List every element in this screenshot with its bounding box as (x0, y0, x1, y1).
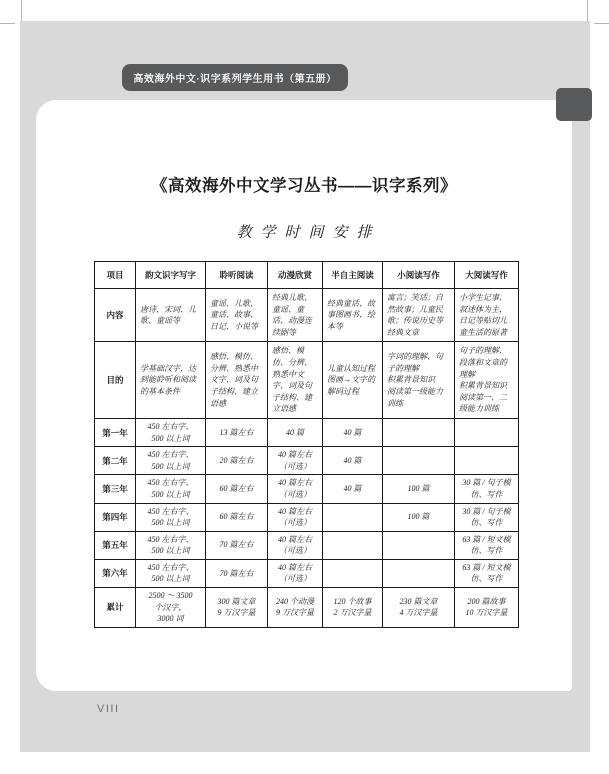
scanned-book-page: 高效海外中文·识字系列学生用书（第五册） 《高效海外中文学习丛书——识字系列》 … (0, 0, 609, 774)
table-row: 第六年450 左右字、 500 以上词70 篇左右40 篇左右 （可选）63 篇… (95, 559, 519, 587)
table-cell: 40 篇左右 （可选） (268, 503, 323, 531)
table-cell: 儿童认知过程图画→文字的解码过程 (323, 342, 383, 419)
table-cell: 学基础汉字，达到能聆听和阅读的基本条件 (136, 342, 206, 419)
table-cell: 40 篇左右 （可选） (268, 475, 323, 503)
table-cell (455, 447, 519, 475)
page-number: VIII (97, 703, 120, 715)
table-cell: 唐诗、宋词、儿歌、童谣等 (136, 289, 206, 342)
column-header: 半自主阅读 (323, 262, 383, 289)
table-cell (323, 531, 383, 559)
series-title: 《高效海外中文学习丛书——识字系列》 (36, 172, 572, 196)
table-row: 累计2500 ～ 3500 个汉字， 3000 词300 篇文章 9 万汉字量2… (95, 588, 519, 628)
table-cell: 60 篇左右 (206, 475, 268, 503)
table-cell: 小学生记事、叙述体为主，日记等贴切儿童生活的原著 (455, 289, 519, 342)
row-label: 内容 (95, 289, 136, 342)
table-row: 第二年450 左右字、 500 以上词20 篇左右40 篇左右 （可选）40 篇 (95, 447, 519, 475)
table-cell: 30 篇 / 句子模仿、写作 (455, 475, 519, 503)
page-title: 教学时间安排 (36, 221, 572, 242)
table-row: 第三年450 左右字、 500 以上词60 篇左右40 篇左右 （可选）40 篇… (95, 475, 519, 503)
column-header: 动漫欣赏 (268, 262, 323, 289)
table-cell: 100 篇 (383, 503, 455, 531)
table-cell: 200 篇故事 10 万汉字量 (455, 588, 519, 628)
table-cell: 70 篇左右 (206, 559, 268, 587)
table-row: 目的学基础汉字，达到能聆听和阅读的基本条件感悟、模仿、分辨、熟悉中文字、词及句子… (95, 342, 519, 419)
schedule-table-body: 项目韵文识字写字聆听阅读动漫欣赏半自主阅读小阅读写作大阅读写作内容唐诗、宋词、儿… (95, 262, 519, 628)
corner-tab (556, 88, 592, 121)
table-row: 第五年450 左右字、 500 以上词70 篇左右40 篇左右 （可选）63 篇… (95, 531, 519, 559)
table-row: 内容唐诗、宋词、儿歌、童谣等童谣、儿歌、童话、故事、日记、小说等经典儿歌、童谣、… (95, 289, 519, 342)
table-cell: 120 个故事 2 万汉字量 (323, 588, 383, 628)
table-cell: 40 篇 (323, 418, 383, 446)
table-cell: 63 篇 / 短文模仿、写作 (455, 559, 519, 587)
table-cell: 230 篇文章 4 万汉字量 (383, 588, 455, 628)
table-cell: 童谣、儿歌、童话、故事、日记、小说等 (206, 289, 268, 342)
table-cell: 经典童话、故事图画书、绘本等 (323, 289, 383, 342)
table-cell: 300 篇文章 9 万汉字量 (206, 588, 268, 628)
table-cell: 40 篇 (323, 475, 383, 503)
table-cell: 40 篇左右 （可选） (268, 531, 323, 559)
table-cell: 450 左右字、 500 以上词 (136, 531, 206, 559)
table-cell: 450 左右字、 500 以上词 (136, 503, 206, 531)
table-cell: 13 篇左右 (206, 418, 268, 446)
table-cell: 60 篇左右 (206, 503, 268, 531)
column-header: 小阅读写作 (383, 262, 455, 289)
row-label: 目的 (95, 342, 136, 419)
row-label: 第一年 (95, 418, 136, 446)
column-header: 大阅读写作 (455, 262, 519, 289)
table-row: 第四年450 左右字、 500 以上词60 篇左右40 篇左右 （可选）100 … (95, 503, 519, 531)
table-cell: 字词的理解、句子的理解 积累背景知识 阅读第一级能力训练 (383, 342, 455, 419)
table-cell (383, 531, 455, 559)
table-cell: 70 篇左右 (206, 531, 268, 559)
column-header: 韵文识字写字 (136, 262, 206, 289)
table-cell: 240 个动漫 9 万汉字量 (268, 588, 323, 628)
table-cell: 40 篇左右 （可选） (268, 447, 323, 475)
running-head-tab: 高效海外中文·识字系列学生用书（第五册） (122, 64, 348, 91)
row-label: 第四年 (95, 503, 136, 531)
column-header: 项目 (95, 262, 136, 289)
running-head-text: 高效海外中文·识字系列学生用书（第五册） (133, 70, 336, 85)
table-cell (383, 418, 455, 446)
table-cell: 450 左右字、 500 以上词 (136, 559, 206, 587)
content-panel: 《高效海外中文学习丛书——识字系列》 教学时间安排 项目韵文识字写字聆听阅读动漫… (36, 100, 572, 691)
table-cell (455, 418, 519, 446)
table-cell: 30 篇 / 句子模仿、写作 (455, 503, 519, 531)
row-label: 第三年 (95, 475, 136, 503)
table-cell: 100 篇 (383, 475, 455, 503)
row-label: 累计 (95, 588, 136, 628)
crop-mark (0, 23, 15, 24)
table-cell: 40 篇 (268, 418, 323, 446)
table-cell: 20 篇左右 (206, 447, 268, 475)
table-cell (323, 559, 383, 587)
row-label: 第五年 (95, 531, 136, 559)
table-cell: 63 篇 / 短文模仿、写作 (455, 531, 519, 559)
table-cell: 450 左右字、 500 以上词 (136, 475, 206, 503)
table-cell (383, 447, 455, 475)
table-cell: 40 篇 (323, 447, 383, 475)
crop-mark (594, 23, 609, 24)
table-cell: 40 篇左右 （可选） (268, 559, 323, 587)
table-cell: 感悟、模仿、分辨、熟悉中文字、词及句子结构、建立语感 (206, 342, 268, 419)
table-cell: 2500 ～ 3500 个汉字， 3000 词 (136, 588, 206, 628)
table-cell: 寓言；笑话；自然故事；儿童民歌；传说历史等经典文章 (383, 289, 455, 342)
table-cell: 经典儿歌、童谣、童话、动漫连续剧等 (268, 289, 323, 342)
column-header: 聆听阅读 (206, 262, 268, 289)
table-cell: 450 左右字、 500 以上词 (136, 447, 206, 475)
table-row: 第一年450 左右字、 500 以上词13 篇左右40 篇40 篇 (95, 418, 519, 446)
row-label: 第六年 (95, 559, 136, 587)
table-cell: 450 左右字、 500 以上词 (136, 418, 206, 446)
table-cell (383, 559, 455, 587)
table-cell: 句子的理解、段落和文章的理解 积累背景知识 阅读第一、二级能力训练 (455, 342, 519, 419)
row-label: 第二年 (95, 447, 136, 475)
schedule-table: 项目韵文识字写字聆听阅读动漫欣赏半自主阅读小阅读写作大阅读写作内容唐诗、宋词、儿… (94, 261, 519, 628)
table-cell: 感悟、模仿、分辨、熟悉中文字、词及句子结构、建立语感 (268, 342, 323, 419)
table-cell (323, 503, 383, 531)
